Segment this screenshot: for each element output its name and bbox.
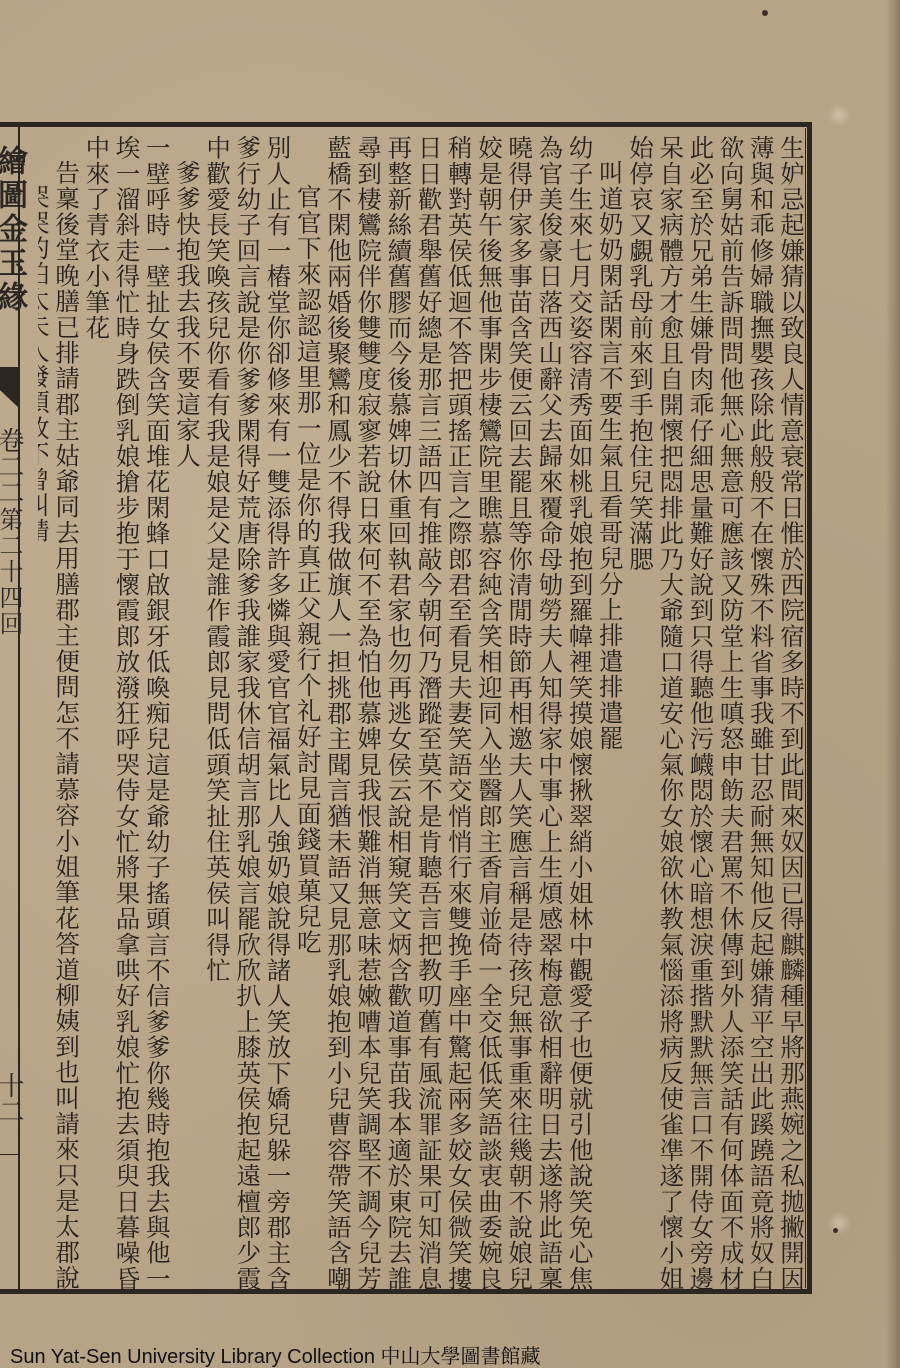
text-column: 薄與和乖修婦職撫嬰孩除此般般不在懷殊不料省事我雖甘忍耐無知他反起嫌猜平空出此蹊蹺… [746, 132, 776, 1292]
book-title: 繪圖金玉緣 [0, 145, 24, 315]
text-column: 別人止有一樁堂你卻修來有一雙添得許多憐與愛官官福氣比人強奶娘說得諸人笑放下嬌兒躲… [262, 132, 292, 1292]
page-number: 十二 [0, 1072, 22, 1124]
text-column: 爹爹快抱我去我不要這家人 [172, 132, 202, 1292]
text-column: 叫道奶奶閑話閑言不要生氣且看哥兒分上排遣排遣罷 [595, 132, 625, 1292]
text-column: 姣是朝午後無他事閑步棲鸞院里瞧慕容純含笑相迎同入坐醫郎主香肩並倚一全交低低笑語談… [474, 132, 504, 1292]
text-column: 藍橋不閑他兩婚後聚鸞和鳳少不得我做旗人一担挑郡主聞言猶未語又見那乳娘抱到小兒曹容… [323, 132, 353, 1292]
text-column: 官官下來認認這里那一位是你的真正父親行个礼好討見面錢買菓兒吃 [293, 132, 323, 1292]
scanned-page: 繪圖金玉緣 卷二二 第二十四回 十二 生妒忌起嫌猜以致良人情意衰常日惟於西院宿多… [0, 0, 900, 1368]
margin-banner: 繪圖金玉緣 卷二二 第二十四回 十二 [0, 127, 20, 1290]
text-column: 呆自家病體方才愈且自開懷把悶排此乃大爺隨口道安心氣你女娘欲休教氣惱添將病反使雀凖… [655, 132, 685, 1292]
text-column: 曉得伊家多事苗含笑便云回去罷且等你清閒時節再相邀夫人笑應言稱是待孩兒無事重來往幾… [504, 132, 534, 1292]
paper-crease [826, 104, 852, 126]
text-column: 日日歡君舉舊好總是那言三語四有推敲今朝何乃潛蹤至莫不是肯聽吾言把教叨舊有風流罪証… [413, 132, 443, 1292]
text-column: 埃一溜斜走得忙時身跌倒乳娘搶步抱于懷霞郎放潑狂呼哭侍女忙將果品拿哄好乳娘忙抱去須… [111, 132, 141, 1292]
body-text: 生妒忌起嫌猜以致良人情意衰常日惟於西院宿多時不到此間來奴因已得麒麟種早將那燕婉之… [38, 132, 806, 1292]
text-column: 幼子生來七月交姿容清秀面如桃乳娘抱到羅幃裡笑摸娘懷揪翠綃小姐林中觀愛子也便就引他… [564, 132, 594, 1292]
text-column: 始停哀又覷乳母前來到手抱住兒笑滿腮 [625, 132, 655, 1292]
text-column: 一壁呼時一壁扯女侯含笑面堆花閑蜂口啟銀牙低喚痴兒這是爺幼子搖頭言不信爹爹你幾時抱… [142, 132, 172, 1292]
collection-credit: Sun Yat-Sen University Library Collectio… [10, 1340, 541, 1368]
text-column: 為官美俊豪日落西山辭父去歸來覆命母劬勞夫人知得家中事心上生煩感翠梅意欲相辭明日去… [534, 132, 564, 1292]
page-edge-shadow [886, 0, 900, 1368]
volume-label: 卷二二 [0, 427, 22, 505]
text-column: 中歡愛長笑喚孩兒你看有我是娘是父是誰作霞郎見問低頭笑扯住英侯叫得忙 [202, 132, 232, 1292]
text-column: 欲向舅姑前告訴問問他無心無意可應該又防堂上生嗔怒申飭夫君罵不休傳到外人添笑話有何… [715, 132, 745, 1292]
ink-spot [762, 10, 768, 16]
text-column: 稍轉對英侯低迴不答把頭搖正言之際郎君至看見夫妻笑語交悄悄行來雙挽手座中驚起兩多姣… [444, 132, 474, 1292]
banner-divider [0, 1154, 20, 1155]
text-column: 此必至於兄弟生嫌骨肉乖仔細思量難好說到只得聽他污衊悶於懷心暗想淚重揩默默無言口不… [685, 132, 715, 1292]
text-column: 告稟後堂晚膳已排請郡主姑爺同去用膳郡主便問怎不請慕容小姐筆花答道柳姨到也叫請來只… [51, 132, 81, 1292]
ink-spot [833, 1228, 838, 1233]
fishtail-mark [0, 367, 20, 409]
text-column: 中來了青衣小筆花 [81, 132, 111, 1292]
text-column: 再整新絲續舊膠而今後慕婢切休重回執君家也勿再逃女侯云說相窺笑文炳含歡道事苗我本適… [383, 132, 413, 1292]
paper-crease [826, 1212, 852, 1234]
text-column: 生妒忌起嫌猜以致良人情意衰常日惟於西院宿多時不到此間來奴因已得麒麟種早將那燕婉之… [776, 132, 806, 1292]
text-column: 哭哭的怕太夫人發煩故不曾叫請 [38, 132, 51, 1292]
text-column: 爹行幼子回言說是你爹爹閑得好荒唐除爹我誰家我休信胡言那乳娘言罷欣欣扒上膝英侯抱起… [232, 132, 262, 1292]
text-column: 尋到棲鸞院伴你雙雙度寂寥若說日來何不至為怕他慕婢見我恨難消無意味惹嫩嘈本兒笑調堅… [353, 132, 383, 1292]
chapter-label: 第二十四回 [0, 507, 22, 637]
